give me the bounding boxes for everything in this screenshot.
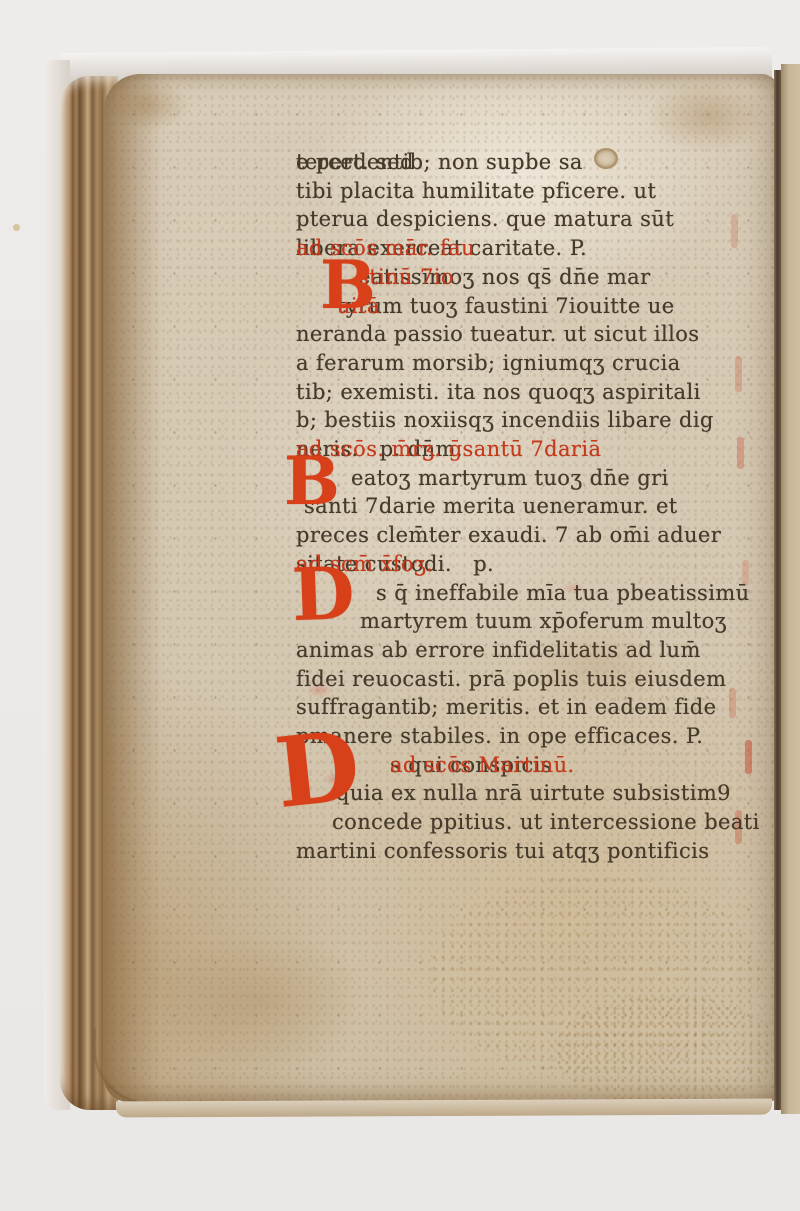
illuminated-initial: D bbox=[291, 557, 356, 631]
illuminated-initial: B bbox=[284, 448, 340, 514]
gutter-shadow bbox=[774, 70, 781, 1110]
illuminated-initial: D bbox=[271, 718, 364, 822]
leaf-edge-below bbox=[116, 1099, 772, 1118]
facing-page-edge bbox=[781, 64, 800, 1114]
photo-background: tercedentib; non supbe sae pert. sedtibi… bbox=[0, 0, 800, 1211]
illuminated-initial: B bbox=[320, 252, 376, 318]
